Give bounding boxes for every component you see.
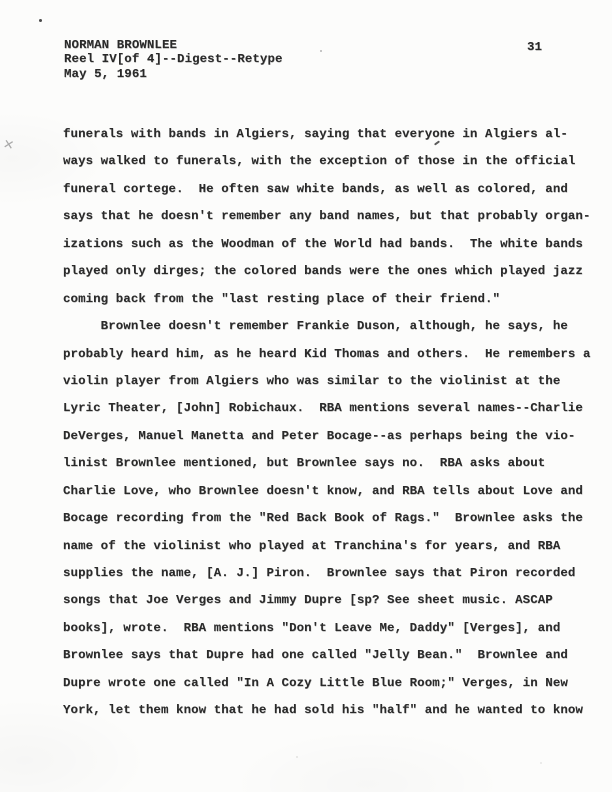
scan-speck (320, 50, 322, 52)
body-line: probably heard him, as he heard Kid Thom… (63, 341, 593, 368)
page-number: 31 (527, 40, 542, 54)
scan-speck (296, 756, 298, 758)
date-line: May 5, 1961 (64, 67, 283, 81)
scan-speck (540, 762, 542, 764)
scan-speck (39, 19, 42, 22)
body-line: supplies the name, [A. J.] Piron. Brownl… (63, 560, 593, 587)
body-line: violin player from Algiers who was simil… (63, 368, 593, 395)
interviewee-name: NORMAN BROWNLEE (64, 38, 283, 52)
body-text: funerals with bands in Algiers, saying t… (63, 121, 593, 725)
body-line: funerals with bands in Algiers, saying t… (63, 121, 593, 148)
page-header: NORMAN BROWNLEE Reel IV[of 4]--Digest--R… (64, 38, 283, 81)
scanned-document-page: NORMAN BROWNLEE Reel IV[of 4]--Digest--R… (0, 0, 612, 792)
margin-pen-mark: ✕ (2, 137, 16, 154)
body-line: coming back from the "last resting place… (63, 286, 593, 313)
body-line: Dupre wrote one called "In A Cozy Little… (63, 670, 593, 697)
body-line: funeral cortege. He often saw white band… (63, 176, 593, 203)
body-line: Brownlee says that Dupre had one called … (63, 642, 593, 669)
body-line: York, let them know that he had sold his… (63, 697, 593, 724)
body-line: Brownlee doesn't remember Frankie Duson,… (63, 313, 593, 340)
body-line: says that he doesn't remember any band n… (63, 203, 593, 230)
body-line: books], wrote. RBA mentions "Don't Leave… (63, 615, 593, 642)
body-line: linist Brownlee mentioned, but Brownlee … (63, 450, 593, 477)
body-line: Lyric Theater, [John] Robichaux. RBA men… (63, 395, 593, 422)
body-line: songs that Joe Verges and Jimmy Dupre [s… (63, 587, 593, 614)
body-line: DeVerges, Manuel Manetta and Peter Bocag… (63, 423, 593, 450)
reel-digest-line: Reel IV[of 4]--Digest--Retype (64, 52, 283, 66)
body-line: ways walked to funerals, with the except… (63, 148, 593, 175)
body-line: played only dirges; the colored bands we… (63, 258, 593, 285)
body-line: Charlie Love, who Brownlee doesn't know,… (63, 478, 593, 505)
body-line: name of the violinist who played at Tran… (63, 533, 593, 560)
body-line: Bocage recording from the "Red Back Book… (63, 505, 593, 532)
body-line: izations such as the Woodman of the Worl… (63, 231, 593, 258)
